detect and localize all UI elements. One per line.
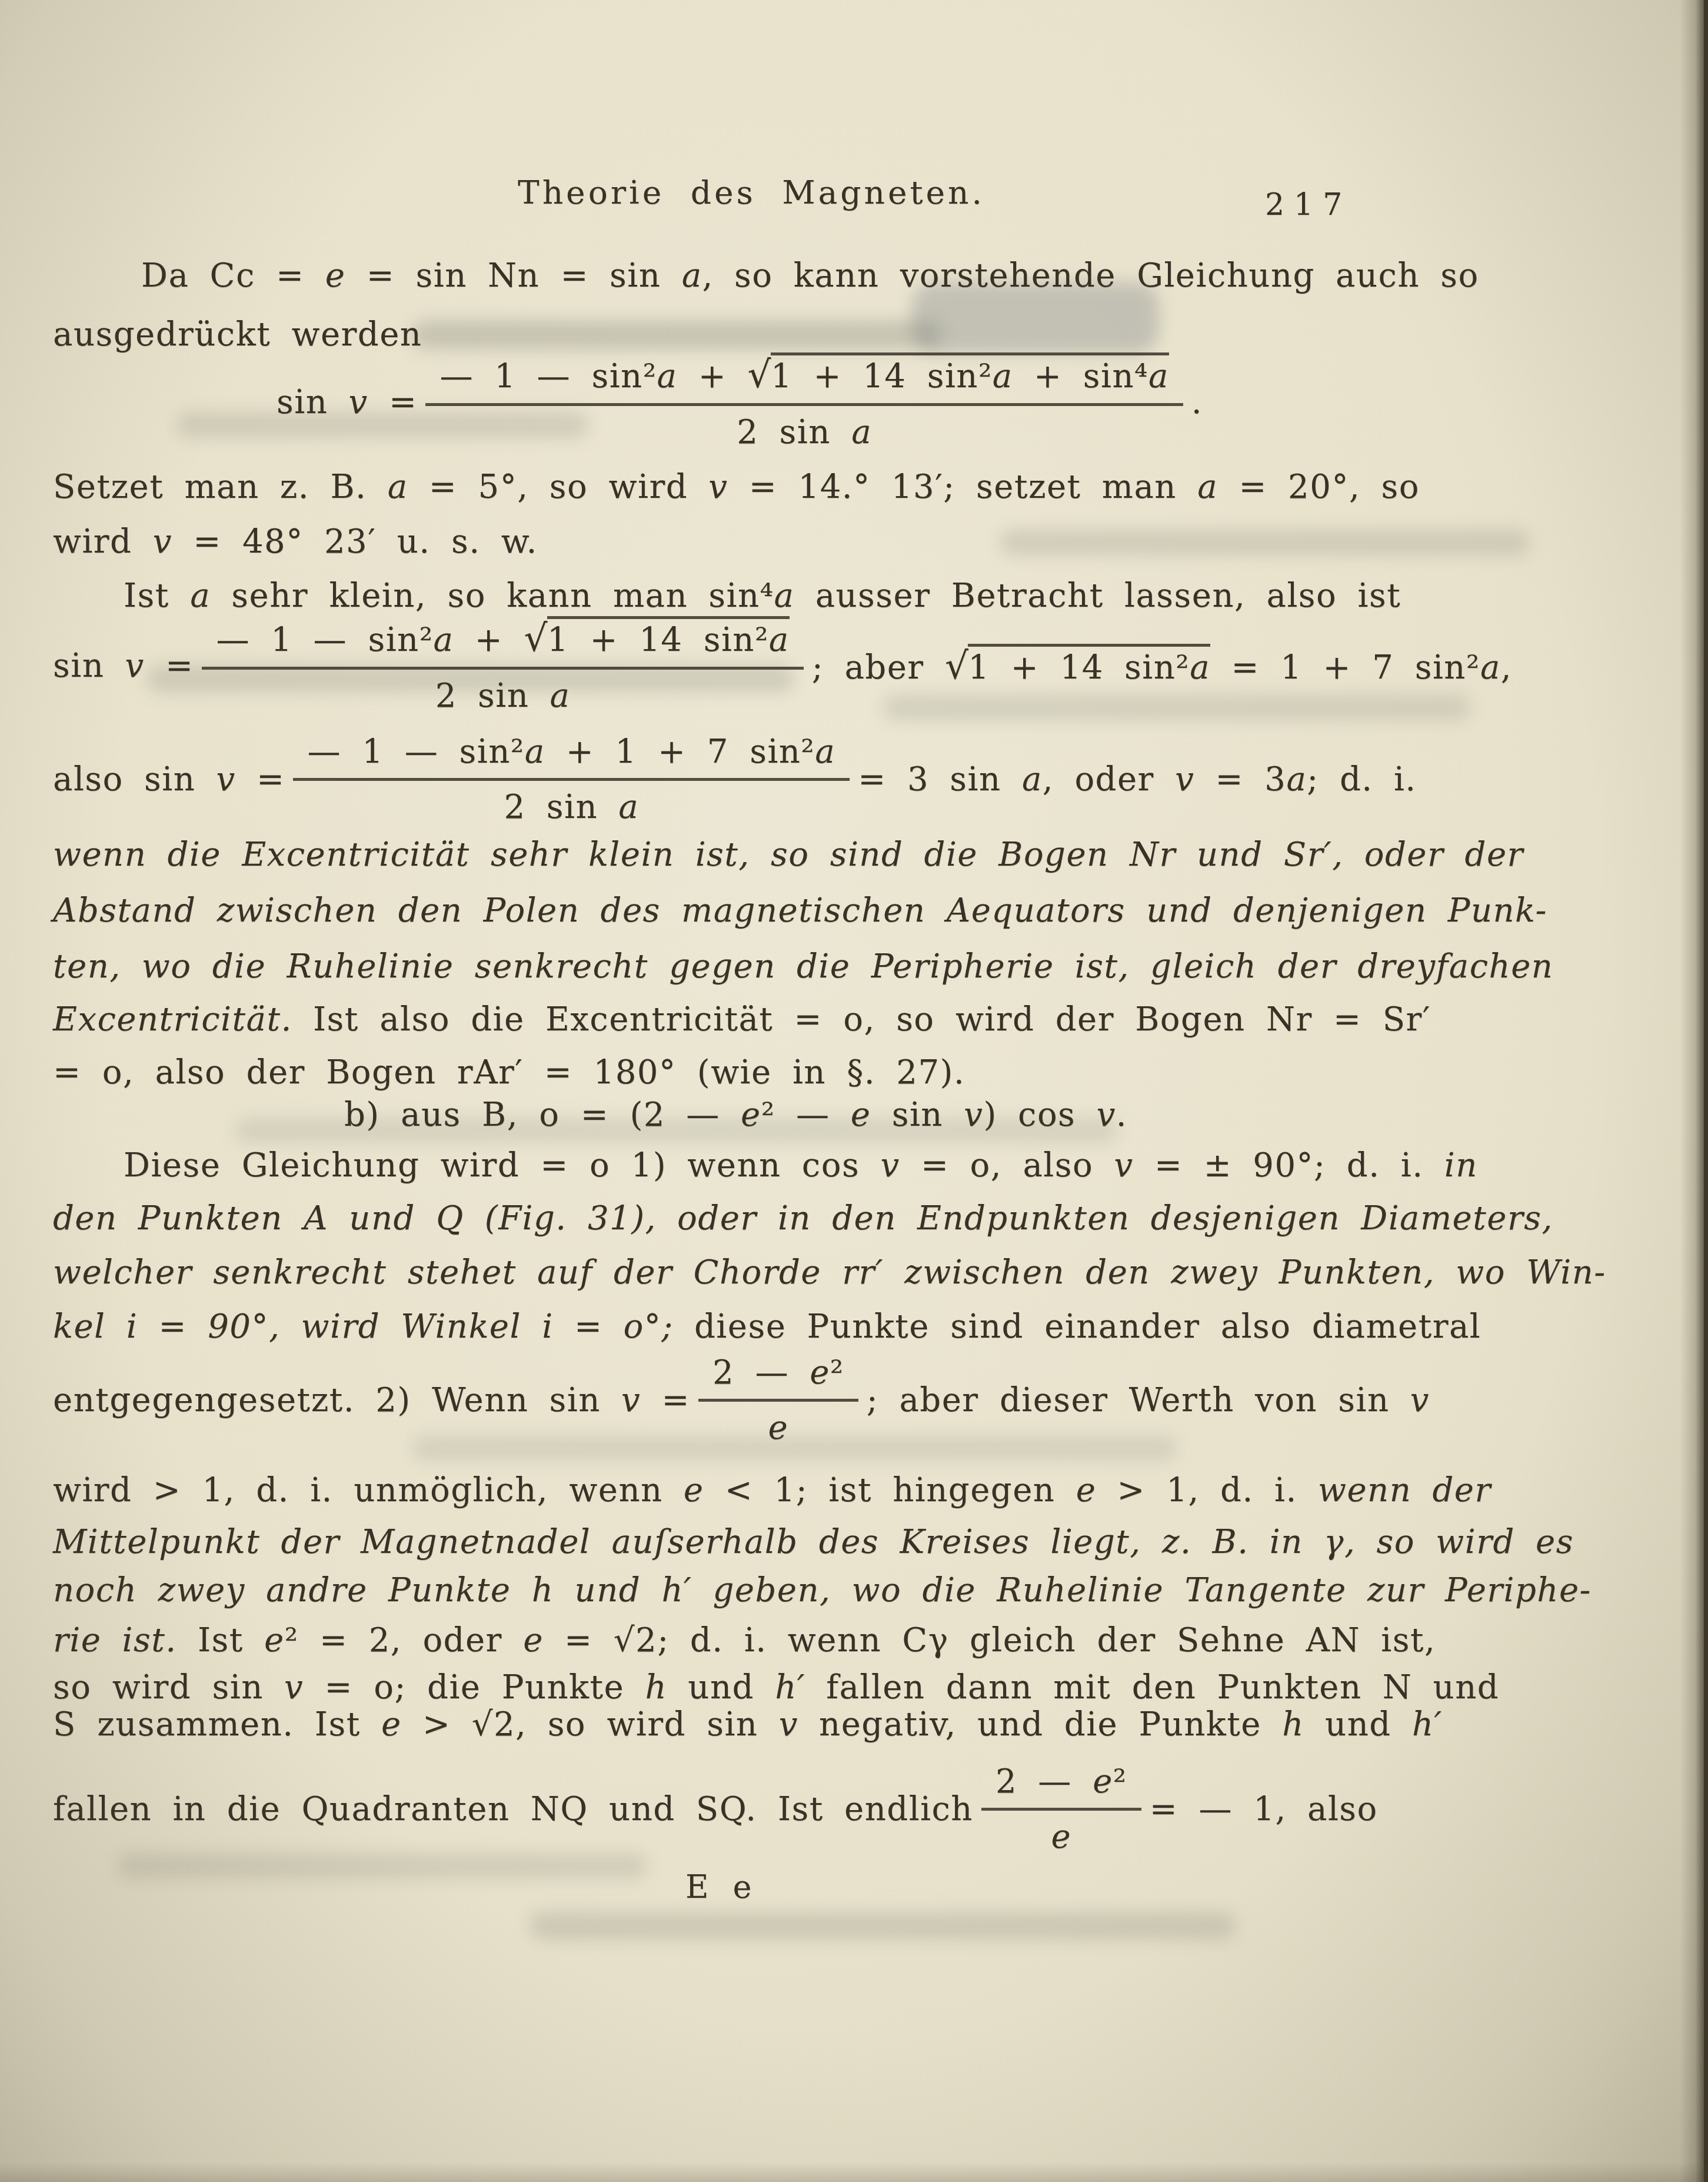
text-segment: a bbox=[815, 733, 835, 771]
text-line: Ist a sehr klein, so kann man sin⁴a auss… bbox=[124, 577, 1401, 615]
text-segment: = — 1, also bbox=[1150, 1790, 1378, 1828]
text-segment: , so kann vorstehende Gleichung auch so bbox=[702, 257, 1479, 295]
text-segment: e bbox=[325, 257, 346, 295]
page-number: 217 bbox=[1265, 187, 1351, 222]
text-segment: a bbox=[769, 621, 790, 659]
fraction-numerator: — 1 — sin²a + √1 + 14 sin²a + sin⁴a bbox=[425, 353, 1183, 406]
text-segment: ausser Betracht lassen, also ist bbox=[794, 577, 1401, 615]
text-segment: Mittelpunkt der Magnetnadel auſserhalb d… bbox=[53, 1523, 1574, 1561]
text-segment: e bbox=[1093, 1762, 1113, 1801]
text-segment: ² bbox=[830, 1353, 844, 1392]
text-line: so wird sin v = o; die Punkte h und h′ f… bbox=[53, 1668, 1499, 1707]
text-segment: Ist bbox=[124, 577, 190, 615]
text-segment: ten, wo die Ruhelinie senkrecht gegen di… bbox=[53, 947, 1553, 986]
text-segment: = sin Nn = sin bbox=[345, 257, 681, 295]
text-segment: h′ bbox=[775, 1668, 805, 1707]
text-segment: — 1 — sin² bbox=[440, 357, 657, 395]
text-line: wenn die Excentricität sehr klein ist, s… bbox=[53, 836, 1524, 874]
fraction-denominator: 2 sin a bbox=[504, 781, 639, 826]
text-segment: v bbox=[779, 1705, 798, 1744]
text-line: Mittelpunkt der Magnetnadel auſserhalb d… bbox=[53, 1523, 1574, 1561]
text-line: Abstand zwischen den Polen des magnetisc… bbox=[53, 892, 1547, 930]
signature-mark: E e bbox=[685, 1868, 759, 1905]
text-line: Diese Gleichung wird = o 1) wenn cos v =… bbox=[124, 1146, 1478, 1185]
text-segment: = ± 90°; d. i. bbox=[1134, 1146, 1444, 1185]
text-segment: a bbox=[1286, 760, 1307, 799]
equation-endlich: fallen in die Quadranten NQ und SQ. Ist … bbox=[53, 1762, 1378, 1856]
fraction: — 1 — sin²a + √1 + 14 sin²a + sin⁴a 2 si… bbox=[425, 353, 1183, 451]
text-line: Setzet man z. B. a = 5°, so wird v = 14.… bbox=[53, 468, 1420, 506]
text-segment: e bbox=[381, 1705, 402, 1744]
text-segment: + bbox=[677, 357, 747, 395]
text-segment: + bbox=[454, 621, 524, 659]
text-segment: = o, also bbox=[900, 1146, 1114, 1185]
text-segment: = bbox=[236, 760, 285, 799]
text-segment: v bbox=[284, 1668, 304, 1707]
text-segment: v bbox=[708, 468, 728, 506]
text-segment: 2 sin bbox=[504, 788, 618, 826]
radicand: 1 + 14 sin²a bbox=[547, 616, 790, 659]
text-segment: v bbox=[125, 647, 145, 685]
text-segment: = 3 bbox=[1194, 760, 1286, 799]
text-segment: h bbox=[1282, 1705, 1304, 1744]
text-segment: e bbox=[523, 1621, 544, 1659]
text-segment: a bbox=[774, 577, 794, 615]
fraction-denominator: e bbox=[768, 1402, 789, 1447]
text-segment: in bbox=[1444, 1146, 1478, 1185]
text-segment: = 3 sin bbox=[858, 760, 1022, 799]
text-segment: a bbox=[190, 577, 211, 615]
text-segment: e bbox=[684, 1471, 704, 1509]
text-line: kel i = 90°, wird Winkel i = o°; diese P… bbox=[53, 1308, 1481, 1346]
text-segment: > √2, so wird sin bbox=[402, 1705, 779, 1744]
text-segment: = 20°, so bbox=[1218, 468, 1420, 506]
fraction-numerator: 2 — e² bbox=[698, 1353, 858, 1402]
text-line: Excentricität. Ist also die Excentricitä… bbox=[53, 1000, 1431, 1039]
text-segment: sin bbox=[53, 647, 125, 685]
text-segment: v bbox=[880, 1146, 900, 1185]
text-segment: ) cos bbox=[983, 1096, 1096, 1134]
text-segment: fallen in die Quadranten NQ und SQ. Ist … bbox=[53, 1790, 973, 1828]
radicand: 1 + 14 sin²a bbox=[968, 644, 1210, 687]
fraction: 2 — e² e bbox=[981, 1762, 1141, 1856]
text-segment: ; aber bbox=[812, 648, 945, 687]
text-line: wird v = 48° 23′ u. s. w. bbox=[53, 523, 538, 561]
page-right-edge-shadow bbox=[1680, 0, 1708, 2182]
equation-sin-v-full: sin v = — 1 — sin²a + √1 + 14 sin²a + si… bbox=[277, 353, 1203, 451]
text-segment: e bbox=[741, 1096, 761, 1134]
text-segment: und bbox=[667, 1668, 775, 1707]
text-segment: 2 sin bbox=[435, 677, 550, 715]
text-segment: Abstand zwischen den Polen des magnetisc… bbox=[53, 892, 1547, 930]
text-segment: a bbox=[434, 621, 454, 659]
fraction: — 1 — sin²a + 1 + 7 sin²a 2 sin a bbox=[293, 733, 850, 826]
text-segment: . bbox=[1191, 383, 1203, 421]
text-segment: = 5°, so wird bbox=[408, 468, 709, 506]
equation-rhs: = — 1, also bbox=[1150, 1790, 1378, 1828]
text-segment: a bbox=[851, 413, 872, 451]
text-segment: v bbox=[1410, 1381, 1430, 1419]
text-segment: 2 — bbox=[713, 1353, 810, 1392]
text-line: ausgedrückt werden bbox=[53, 315, 422, 354]
fraction: — 1 — sin²a + √1 + 14 sin²a 2 sin a bbox=[202, 617, 803, 715]
text-segment: Ist also die Excentricität = o, so wird … bbox=[292, 1000, 1431, 1039]
text-segment: kel i = 90°, wird Winkel i = o°; bbox=[53, 1308, 694, 1346]
text-segment: und bbox=[1304, 1705, 1412, 1744]
text-segment: a bbox=[657, 357, 678, 395]
text-segment: e bbox=[768, 1409, 789, 1447]
text-segment: S zusammen. Ist bbox=[53, 1705, 381, 1744]
text-segment: = bbox=[368, 383, 418, 421]
text-segment: 2 sin bbox=[737, 413, 851, 451]
fraction-numerator: — 1 — sin²a + 1 + 7 sin²a bbox=[293, 733, 850, 781]
text-segment: so wird sin bbox=[53, 1668, 284, 1707]
text-line: b) aus B, o = (2 — e² — e sin v) cos v. bbox=[344, 1096, 1127, 1134]
text-segment: 1 + 14 sin² bbox=[771, 357, 993, 395]
text-line: ten, wo die Ruhelinie senkrecht gegen di… bbox=[53, 947, 1553, 986]
text-segment: e bbox=[1051, 1818, 1072, 1856]
text-segment: a bbox=[618, 788, 639, 826]
text-segment: noch zwey andre Punkte h und h′ geben, w… bbox=[53, 1571, 1592, 1609]
text-segment: a bbox=[993, 357, 1013, 395]
equation-sin-v-2-minus-e2: entgegengesetzt. 2) Wenn sin v = 2 — e² … bbox=[53, 1353, 1430, 1447]
text-line: Da Cc = e = sin Nn = sin a, so kann vors… bbox=[141, 257, 1479, 295]
text-segment: a bbox=[682, 257, 702, 295]
text-segment: wird > 1, d. i. unmöglich, wenn bbox=[53, 1471, 684, 1509]
text-segment: a bbox=[525, 733, 545, 771]
text-line: S zusammen. Ist e > √2, so wird sin v ne… bbox=[53, 1705, 1443, 1744]
text-segment: = bbox=[145, 647, 194, 685]
text-segment: = o; die Punkte bbox=[304, 1668, 645, 1707]
text-segment: ; aber dieser Werth von sin bbox=[867, 1381, 1410, 1419]
text-line: den Punkten A und Q (Fig. 31), oder in d… bbox=[53, 1199, 1553, 1238]
text-line: rie ist. Ist e² = 2, oder e = √2; d. i. … bbox=[53, 1621, 1436, 1659]
page-title: Theorie des Magneten. bbox=[518, 174, 985, 211]
equation-lhs: sin v = bbox=[53, 647, 194, 685]
text-segment: also sin bbox=[53, 760, 217, 799]
text-segment: h′ bbox=[1412, 1705, 1443, 1744]
text-segment: v bbox=[1097, 1096, 1116, 1134]
radical-sign: √ bbox=[524, 617, 548, 660]
text-segment: — 1 — sin² bbox=[307, 733, 524, 771]
text-segment: 1 + 14 sin² bbox=[547, 621, 769, 659]
text-segment: = 14.° 13′; setzet man bbox=[728, 468, 1197, 506]
text-segment: fallen dann mit den Punkten N und bbox=[805, 1668, 1499, 1707]
text-segment: Excentricität. bbox=[53, 1000, 292, 1039]
text-segment: h bbox=[645, 1668, 667, 1707]
text-segment: a bbox=[1148, 357, 1169, 395]
equation-rhs: = 3 sin a, oder v = 3a; d. i. bbox=[858, 760, 1416, 799]
text-segment: > 1, d. i. bbox=[1096, 1471, 1318, 1509]
page-right-edge-line bbox=[1704, 0, 1708, 2182]
text-segment: sehr klein, so kann man sin⁴ bbox=[211, 577, 774, 615]
text-segment: = bbox=[641, 1381, 690, 1419]
text-segment: = 48° 23′ u. s. w. bbox=[172, 523, 538, 561]
text-segment: sin bbox=[871, 1096, 964, 1134]
text-segment: . bbox=[1116, 1096, 1127, 1134]
text-segment: b) aus B, o = (2 — bbox=[344, 1096, 741, 1134]
equation-rhs: ; aber √1 + 14 sin²a = 1 + 7 sin²a, bbox=[812, 644, 1512, 687]
text-segment: Da Cc = bbox=[141, 257, 325, 295]
fraction-numerator: — 1 — sin²a + √1 + 14 sin²a bbox=[202, 617, 803, 670]
text-segment: = 1 + 7 sin² bbox=[1210, 648, 1480, 687]
equation-sin-v-approx: sin v = — 1 — sin²a + √1 + 14 sin²a 2 si… bbox=[53, 617, 1512, 715]
text-segment: + sin⁴ bbox=[1013, 357, 1148, 395]
text-segment: e bbox=[1076, 1471, 1097, 1509]
radicand: 1 + 14 sin²a + sin⁴a bbox=[771, 352, 1169, 395]
bleed-through-smudge bbox=[118, 1854, 647, 1878]
fraction-denominator: 2 sin a bbox=[737, 406, 872, 451]
text-segment: < 1; ist hingegen bbox=[704, 1471, 1076, 1509]
text-segment: a bbox=[1197, 468, 1218, 506]
text-segment: a bbox=[550, 677, 571, 715]
text-segment: e bbox=[264, 1621, 285, 1659]
text-segment: , bbox=[1501, 648, 1512, 687]
fraction-numerator: 2 — e² bbox=[981, 1762, 1141, 1811]
text-segment: v bbox=[964, 1096, 983, 1134]
text-segment: v bbox=[621, 1381, 641, 1419]
text-segment: e bbox=[810, 1353, 830, 1392]
text-line: noch zwey andre Punkte h und h′ geben, w… bbox=[53, 1571, 1592, 1609]
text-segment: + 1 + 7 sin² bbox=[545, 733, 815, 771]
text-segment: a bbox=[388, 468, 408, 506]
equation-lhs: sin v = bbox=[277, 383, 417, 421]
bleed-through-smudge bbox=[530, 1912, 1236, 1940]
text-segment: den Punkten A und Q (Fig. 31), oder in d… bbox=[53, 1199, 1553, 1238]
text-segment: wenn der bbox=[1318, 1471, 1491, 1509]
text-segment: = o, also der Bogen rAr′ = 180° (wie in … bbox=[53, 1053, 965, 1092]
text-segment: v bbox=[217, 760, 236, 799]
fraction-denominator: 2 sin a bbox=[435, 670, 571, 715]
text-segment: a bbox=[1190, 648, 1210, 687]
text-segment: ² bbox=[1113, 1762, 1127, 1801]
text-line: welcher senkrecht stehet auf der Chorde … bbox=[53, 1253, 1606, 1292]
text-segment: a bbox=[1480, 648, 1501, 687]
radical-sign: √ bbox=[748, 353, 772, 396]
equation-rhs: ; aber dieser Werth von sin v bbox=[867, 1381, 1430, 1419]
text-segment: sin bbox=[277, 383, 349, 421]
bleed-through-smudge bbox=[412, 321, 941, 349]
radical-sign: √ bbox=[945, 644, 969, 687]
text-segment: welcher senkrecht stehet auf der Chorde … bbox=[53, 1253, 1606, 1292]
equation-lhs: entgegengesetzt. 2) Wenn sin v = bbox=[53, 1381, 690, 1419]
book-page: Theorie des Magneten. 217 Da Cc = e = si… bbox=[0, 0, 1708, 2182]
text-segment: diese Punkte sind einander also diametra… bbox=[694, 1308, 1481, 1346]
text-segment: v bbox=[153, 523, 172, 561]
text-segment: 1 + 14 sin² bbox=[968, 648, 1190, 687]
text-segment: v bbox=[1175, 760, 1194, 799]
text-segment: ² — bbox=[761, 1096, 851, 1134]
text-segment: wenn die Excentricität sehr klein ist, s… bbox=[53, 836, 1524, 874]
bleed-through-smudge bbox=[1000, 530, 1530, 556]
page-bottom-edge-shadow bbox=[0, 2162, 1708, 2182]
text-segment: v bbox=[1114, 1146, 1133, 1185]
text-line: = o, also der Bogen rAr′ = 180° (wie in … bbox=[53, 1053, 965, 1092]
text-segment: negativ, und die Punkte bbox=[798, 1705, 1282, 1744]
equation-lhs: also sin v = bbox=[53, 760, 285, 799]
text-segment: Ist bbox=[177, 1621, 264, 1659]
text-segment: wird bbox=[53, 523, 153, 561]
text-segment: ² = 2, oder bbox=[285, 1621, 523, 1659]
text-segment: a bbox=[1022, 760, 1043, 799]
text-segment: v bbox=[349, 383, 368, 421]
text-segment: ausgedrückt werden bbox=[53, 315, 422, 354]
fraction-denominator: e bbox=[1051, 1811, 1072, 1856]
fraction: 2 — e² e bbox=[698, 1353, 858, 1447]
equation-lhs: fallen in die Quadranten NQ und SQ. Ist … bbox=[53, 1790, 973, 1828]
text-line: wird > 1, d. i. unmöglich, wenn e < 1; i… bbox=[53, 1471, 1491, 1509]
text-segment: = √2; d. i. wenn Cγ gleich der Sehne AN … bbox=[544, 1621, 1436, 1659]
text-segment: , oder bbox=[1043, 760, 1175, 799]
text-segment: Diese Gleichung wird = o 1) wenn cos bbox=[124, 1146, 880, 1185]
text-segment: e bbox=[851, 1096, 871, 1134]
text-segment: ; d. i. bbox=[1307, 760, 1416, 799]
text-segment: rie ist. bbox=[53, 1621, 177, 1659]
equation-sin-v-simplified: also sin v = — 1 — sin²a + 1 + 7 sin²a 2… bbox=[53, 733, 1417, 826]
text-segment: Setzet man z. B. bbox=[53, 468, 388, 506]
text-segment: — 1 — sin² bbox=[216, 621, 433, 659]
text-segment: 2 — bbox=[995, 1762, 1093, 1801]
text-segment: entgegengesetzt. 2) Wenn sin bbox=[53, 1381, 621, 1419]
